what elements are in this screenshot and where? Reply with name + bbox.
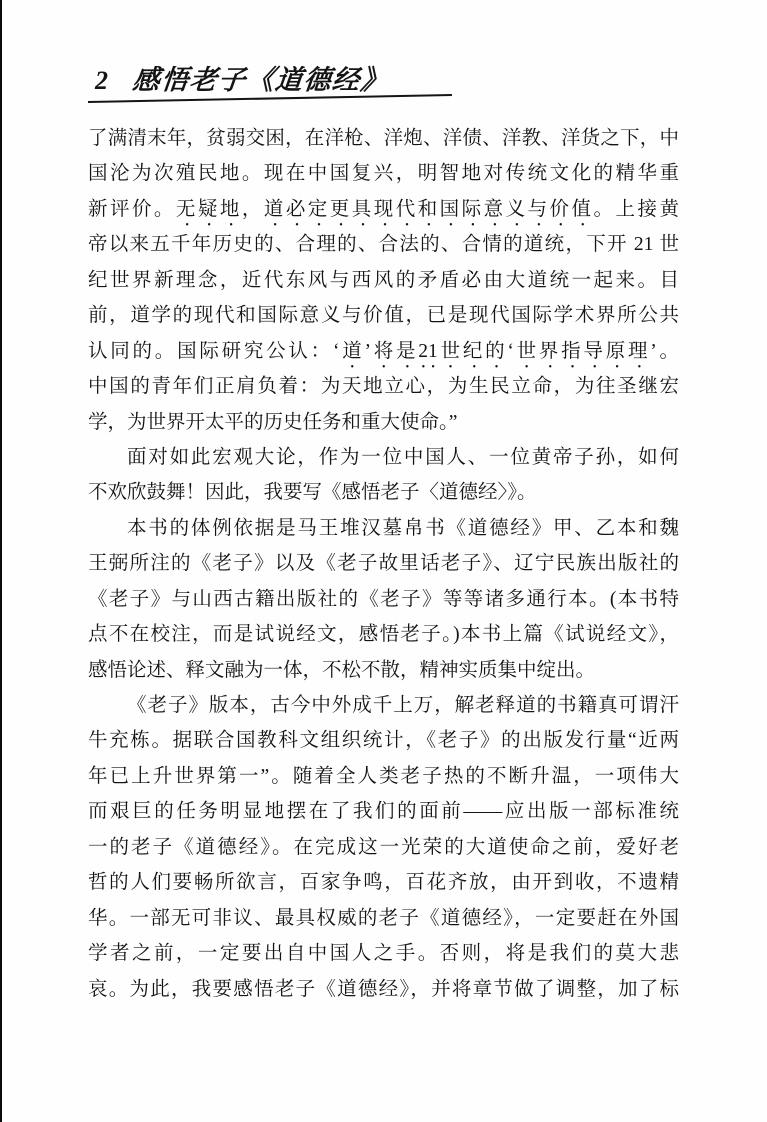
text-segment: 国沦为次殖民地。现在中国复兴，明智地对传统文化的精华重 [88,163,679,184]
text-segment: 哲的人们要畅所欲言，百家争鸣，百花齐放，由开到收，不遗精 [88,872,679,893]
text-line: 纪世界新理念，近代东风与西风的矛盾必由大道统一起来。目 [88,263,679,298]
text-line: 学者之前，一定要出自中国人之手。否则，将是我们的莫大悲 [88,936,679,971]
text-segment: 新评价。 [88,199,176,220]
text-segment: 面对如此宏观大论，作为一位中国人、一位黄帝子孙，如何 [127,447,679,468]
text-line: 新评价。无疑地，道必定更具现代和国际意义与价值。上接黄 [88,192,679,227]
text-line: 《老子》与山西古籍出版社的《老子》等等诸多通行本。(本书特 [88,582,679,617]
text-segment: 学，为世界开太平的历史任务和重大使命。” [88,412,457,433]
text-segment: ， [242,199,264,220]
text-segment: 《老子》与山西古籍出版社的《老子》等等诸多通行本。(本书特 [88,589,679,610]
text-segment: 学者之前，一定要出自中国人之手。否则，将是我们的莫大悲 [88,943,679,964]
text-segment: 而艰巨的任务明显地摆在了我们的面前——应出版一部标准统 [88,801,679,822]
text-line: 哀。为此，我要感悟老子《道德经》，并将章节做了调整，加了标 [88,972,679,1007]
text-line: 认同的。国际研究公认：‘道’将是21世纪的‘世界指导原理’。 [88,334,679,369]
text-segment: 中国的青年们正肩负着：为天地立心，为生民立命，为往圣继宏 [88,376,679,397]
text-segment: 帝以来五千年历史的、合理的、合法的、合情的道统，下开 21 世 [88,234,679,255]
text-segment: 年已上升世界第一”。随着全人类老子热的不断升温，一项伟大 [88,766,679,787]
text-segment: 王弼所注的《老子》以及《老子故里话老子》、辽宁民族出版社的 [88,553,679,574]
text-segment: 不欢欣鼓舞！因此，我要写《感悟老子〈道德经〉》。 [88,482,537,503]
text-segment: 《老子》版本，古今中外成千上万，解老释道的书籍真可谓汗 [127,695,679,716]
text-line: 点不在校注，而是试说经文，感悟老子。)本书上篇《试说经文》， [88,617,679,652]
page-body-text: 了满清末年，贫弱交困，在洋枪、洋炮、洋债、洋教、洋货之下，中国沦为次殖民地。现在… [88,121,679,1007]
text-line: 牛充栋。据联合国教科文组织统计，《老子》的出版发行量“近两 [88,723,679,758]
text-line: 不欢欣鼓舞！因此，我要写《感悟老子〈道德经〉》。 [88,475,679,510]
emphasized-text-segment: 道’将是21世纪的‘世界指导原理’ [339,341,656,362]
text-segment: 一的老子《道德经》。在完成这一光荣的大道使命之前，爱好老 [88,837,679,858]
text-segment: 纪世界新理念，近代东风与西风的矛盾必由大道统一起来。目 [88,270,679,291]
text-line: 华。一部无可非议、最具权威的老子《道德经》，一定要赶在外国 [88,901,679,936]
text-line: 帝以来五千年历史的、合理的、合法的、合情的道统，下开 21 世 [88,227,679,262]
text-line: 一的老子《道德经》。在完成这一光荣的大道使命之前，爱好老 [88,830,679,865]
text-line: 中国的青年们正肩负着：为天地立心，为生民立命，为往圣继宏 [88,369,679,404]
text-line: 前，道学的现代和国际意义与价值，已是现代国际学术界所公共 [88,298,679,333]
text-segment: 。上接黄 [594,199,679,220]
text-line: 了满清末年，贫弱交困，在洋枪、洋炮、洋债、洋教、洋货之下，中 [88,121,679,156]
text-line: 年已上升世界第一”。随着全人类老子热的不断升温，一项伟大 [88,759,679,794]
text-line: 国沦为次殖民地。现在中国复兴，明智地对传统文化的精华重 [88,156,679,191]
text-segment: 认同的。国际研究公认：‘ [88,341,339,362]
emphasized-text-segment: 道必定更具现代和国际意义与价值 [264,199,594,220]
scan-edge-line [0,0,2,1122]
page-number: 2 [95,66,109,96]
book-page: 2 感悟老子《道德经》 了满清末年，贫弱交困，在洋枪、洋炮、洋债、洋教、洋货之下… [0,0,767,1122]
text-line: 而艰巨的任务明显地摆在了我们的面前——应出版一部标准统 [88,794,679,829]
text-line: 学，为世界开太平的历史任务和重大使命。” [88,405,679,440]
text-line: 《老子》版本，古今中外成千上万，解老释道的书籍真可谓汗 [88,688,679,723]
text-segment: 感悟论述、释文融为一体，不松不散，精神实质集中绽出。 [88,660,595,681]
text-line: 哲的人们要畅所欲言，百家争鸣，百花齐放，由开到收，不遗精 [88,865,679,900]
text-segment: 本书的体例依据是马王堆汉墓帛书《道德经》甲、乙本和魏 [127,518,679,539]
text-line: 王弼所注的《老子》以及《老子故里话老子》、辽宁民族出版社的 [88,546,679,581]
text-line: 本书的体例依据是马王堆汉墓帛书《道德经》甲、乙本和魏 [88,511,679,546]
text-line: 感悟论述、释文融为一体，不松不散，精神实质集中绽出。 [88,653,679,688]
book-title: 感悟老子《道德经》 [131,58,392,97]
text-segment: 。 [657,341,679,362]
text-segment: 华。一部无可非议、最具权威的老子《道德经》，一定要赶在外国 [88,908,679,929]
text-segment: 牛充栋。据联合国教科文组织统计，《老子》的出版发行量“近两 [88,730,679,751]
text-segment: 了满清末年，贫弱交困，在洋枪、洋炮、洋债、洋教、洋货之下，中 [88,128,679,149]
text-segment: 点不在校注，而是试说经文，感悟老子。)本书上篇《试说经文》， [88,624,679,645]
text-line: 面对如此宏观大论，作为一位中国人、一位黄帝子孙，如何 [88,440,679,475]
running-head: 2 感悟老子《道德经》 [95,58,390,97]
text-segment: 哀。为此，我要感悟老子《道德经》，并将章节做了调整，加了标 [88,979,679,1000]
text-segment: 前，道学的现代和国际意义与价值，已是现代国际学术界所公共 [88,305,679,326]
emphasized-text-segment: 无疑地 [176,199,242,220]
